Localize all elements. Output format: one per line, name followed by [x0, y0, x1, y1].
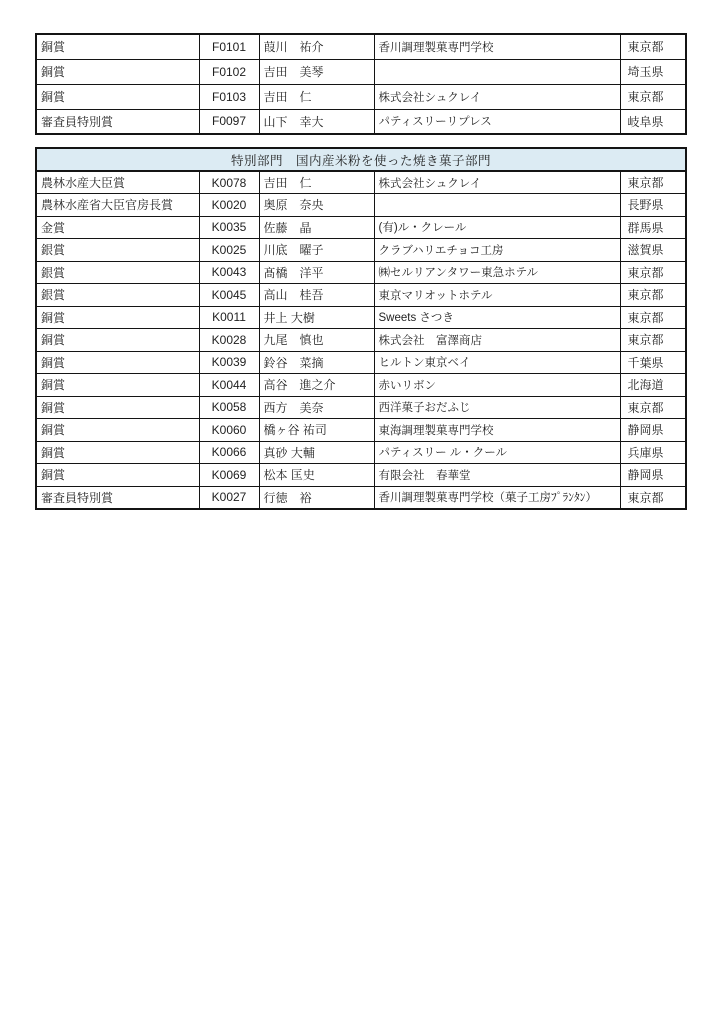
prize-cell: 銅賞: [36, 374, 199, 397]
section-header: 特別部門 国内産米粉を使った焼き菓子部門: [36, 148, 686, 171]
table-row: 審査員特別賞K0027行徳 裕香川調理製菓専門学校（菓子工房ﾌﾟﾗﾝﾀﾝ）東京都: [36, 486, 686, 509]
prize-cell: 銅賞: [36, 306, 199, 329]
organization-cell: [374, 194, 620, 217]
prefecture-cell: 岐阜県: [620, 109, 686, 134]
prize-cell: 銅賞: [36, 329, 199, 352]
name-cell: 九尾 慎也: [259, 329, 374, 352]
organization-cell: (有)ル・クレール: [374, 216, 620, 239]
organization-cell: 香川調理製菓専門学校（菓子工房ﾌﾟﾗﾝﾀﾝ）: [374, 486, 620, 509]
table-row: 金賞K0035佐藤 晶(有)ル・クレール群馬県: [36, 216, 686, 239]
prize-cell: 銀賞: [36, 284, 199, 307]
entry-id-cell: K0035: [199, 216, 259, 239]
name-cell: 吉田 仁: [259, 171, 374, 194]
award-table-f: 銅賞F0101葭川 祐介香川調理製菓専門学校東京都銅賞F0102吉田 美琴埼玉県…: [35, 33, 687, 135]
entry-id-cell: K0066: [199, 441, 259, 464]
prefecture-cell: 北海道: [620, 374, 686, 397]
prize-cell: 銅賞: [36, 84, 199, 109]
prefecture-cell: 東京都: [620, 284, 686, 307]
table-row: 銅賞K0039鈴谷 菜摘ヒルトン東京ベイ千葉県: [36, 351, 686, 374]
entry-id-cell: K0058: [199, 396, 259, 419]
name-cell: 髙橋 洋平: [259, 261, 374, 284]
entry-id-cell: K0028: [199, 329, 259, 352]
prize-cell: 銀賞: [36, 261, 199, 284]
entry-id-cell: F0102: [199, 59, 259, 84]
prefecture-cell: 東京都: [620, 84, 686, 109]
name-cell: 行徳 裕: [259, 486, 374, 509]
award-table-k: 特別部門 国内産米粉を使った焼き菓子部門 農林水産大臣賞K0078吉田 仁株式会…: [35, 147, 687, 510]
name-cell: 高谷 進之介: [259, 374, 374, 397]
organization-cell: Sweets さつき: [374, 306, 620, 329]
prize-cell: 銅賞: [36, 351, 199, 374]
table-row: 銀賞K0045高山 桂吾東京マリオットホテル東京都: [36, 284, 686, 307]
organization-cell: パティスリー ル・クール: [374, 441, 620, 464]
organization-cell: 株式会社シュクレイ: [374, 84, 620, 109]
organization-cell: 有限会社 春華堂: [374, 464, 620, 487]
organization-cell: 赤いリボン: [374, 374, 620, 397]
table-row: 農林水産大臣賞K0078吉田 仁株式会社シュクレイ東京都: [36, 171, 686, 194]
prize-cell: 銅賞: [36, 464, 199, 487]
table-row: 銅賞K0011井上 大樹Sweets さつき東京都: [36, 306, 686, 329]
organization-cell: 株式会社 富澤商店: [374, 329, 620, 352]
name-cell: 吉田 美琴: [259, 59, 374, 84]
organization-cell: クラブハリエチョコ工房: [374, 239, 620, 262]
prize-cell: 銅賞: [36, 59, 199, 84]
table-row: 銅賞K0058西方 美奈西洋菓子おだふじ東京都: [36, 396, 686, 419]
name-cell: 川底 曜子: [259, 239, 374, 262]
entry-id-cell: K0020: [199, 194, 259, 217]
prize-cell: 審査員特別賞: [36, 486, 199, 509]
entry-id-cell: K0043: [199, 261, 259, 284]
prize-cell: 金賞: [36, 216, 199, 239]
entry-id-cell: K0011: [199, 306, 259, 329]
entry-id-cell: K0078: [199, 171, 259, 194]
entry-id-cell: K0039: [199, 351, 259, 374]
prize-cell: 銅賞: [36, 419, 199, 442]
table-row: 銀賞K0025川底 曜子クラブハリエチョコ工房滋賀県: [36, 239, 686, 262]
name-cell: 山下 幸大: [259, 109, 374, 134]
prefecture-cell: 群馬県: [620, 216, 686, 239]
prefecture-cell: 埼玉県: [620, 59, 686, 84]
name-cell: 葭川 祐介: [259, 34, 374, 59]
name-cell: 井上 大樹: [259, 306, 374, 329]
table-row: 審査員特別賞F0097山下 幸大パティスリーリプレス岐阜県: [36, 109, 686, 134]
organization-cell: ㈱セルリアンタワー東急ホテル: [374, 261, 620, 284]
table-row: 銅賞K0060橋ヶ谷 祐司東海調理製菓専門学校静岡県: [36, 419, 686, 442]
prefecture-cell: 長野県: [620, 194, 686, 217]
organization-cell: [374, 59, 620, 84]
prefecture-cell: 東京都: [620, 396, 686, 419]
prefecture-cell: 静岡県: [620, 464, 686, 487]
table-row: 銅賞F0102吉田 美琴埼玉県: [36, 59, 686, 84]
table-row: 銀賞K0043髙橋 洋平㈱セルリアンタワー東急ホテル東京都: [36, 261, 686, 284]
prize-cell: 農林水産省大臣官房長賞: [36, 194, 199, 217]
prize-cell: 銅賞: [36, 34, 199, 59]
prefecture-cell: 東京都: [620, 171, 686, 194]
table-row: 銅賞K0044高谷 進之介赤いリボン北海道: [36, 374, 686, 397]
organization-cell: 香川調理製菓専門学校: [374, 34, 620, 59]
entry-id-cell: K0027: [199, 486, 259, 509]
entry-id-cell: K0069: [199, 464, 259, 487]
name-cell: 吉田 仁: [259, 84, 374, 109]
name-cell: 高山 桂吾: [259, 284, 374, 307]
table-row: 銅賞F0101葭川 祐介香川調理製菓専門学校東京都: [36, 34, 686, 59]
name-cell: 橋ヶ谷 祐司: [259, 419, 374, 442]
organization-cell: 東京マリオットホテル: [374, 284, 620, 307]
section-header-row: 特別部門 国内産米粉を使った焼き菓子部門: [36, 148, 686, 171]
entry-id-cell: K0025: [199, 239, 259, 262]
name-cell: 真砂 大輔: [259, 441, 374, 464]
name-cell: 奥原 奈央: [259, 194, 374, 217]
organization-cell: 西洋菓子おだふじ: [374, 396, 620, 419]
prefecture-cell: 千葉県: [620, 351, 686, 374]
entry-id-cell: K0044: [199, 374, 259, 397]
prefecture-cell: 東京都: [620, 261, 686, 284]
prize-cell: 銅賞: [36, 441, 199, 464]
prefecture-cell: 兵庫県: [620, 441, 686, 464]
table-row: 銅賞K0066真砂 大輔パティスリー ル・クール兵庫県: [36, 441, 686, 464]
entry-id-cell: K0060: [199, 419, 259, 442]
table-row: 銅賞K0028九尾 慎也株式会社 富澤商店東京都: [36, 329, 686, 352]
organization-cell: 株式会社シュクレイ: [374, 171, 620, 194]
entry-id-cell: F0103: [199, 84, 259, 109]
name-cell: 鈴谷 菜摘: [259, 351, 374, 374]
prize-cell: 銀賞: [36, 239, 199, 262]
prefecture-cell: 静岡県: [620, 419, 686, 442]
prefecture-cell: 滋賀県: [620, 239, 686, 262]
name-cell: 松本 匡史: [259, 464, 374, 487]
prefecture-cell: 東京都: [620, 329, 686, 352]
prize-cell: 審査員特別賞: [36, 109, 199, 134]
organization-cell: パティスリーリプレス: [374, 109, 620, 134]
prefecture-cell: 東京都: [620, 486, 686, 509]
prefecture-cell: 東京都: [620, 34, 686, 59]
name-cell: 西方 美奈: [259, 396, 374, 419]
table-row: 銅賞K0069松本 匡史有限会社 春華堂静岡県: [36, 464, 686, 487]
entry-id-cell: F0097: [199, 109, 259, 134]
organization-cell: ヒルトン東京ベイ: [374, 351, 620, 374]
entry-id-cell: K0045: [199, 284, 259, 307]
table-row: 銅賞F0103吉田 仁株式会社シュクレイ東京都: [36, 84, 686, 109]
organization-cell: 東海調理製菓専門学校: [374, 419, 620, 442]
name-cell: 佐藤 晶: [259, 216, 374, 239]
document-page: 銅賞F0101葭川 祐介香川調理製菓専門学校東京都銅賞F0102吉田 美琴埼玉県…: [0, 0, 724, 1024]
prize-cell: 農林水産大臣賞: [36, 171, 199, 194]
table-row: 農林水産省大臣官房長賞K0020奥原 奈央長野県: [36, 194, 686, 217]
entry-id-cell: F0101: [199, 34, 259, 59]
prefecture-cell: 東京都: [620, 306, 686, 329]
prize-cell: 銅賞: [36, 396, 199, 419]
